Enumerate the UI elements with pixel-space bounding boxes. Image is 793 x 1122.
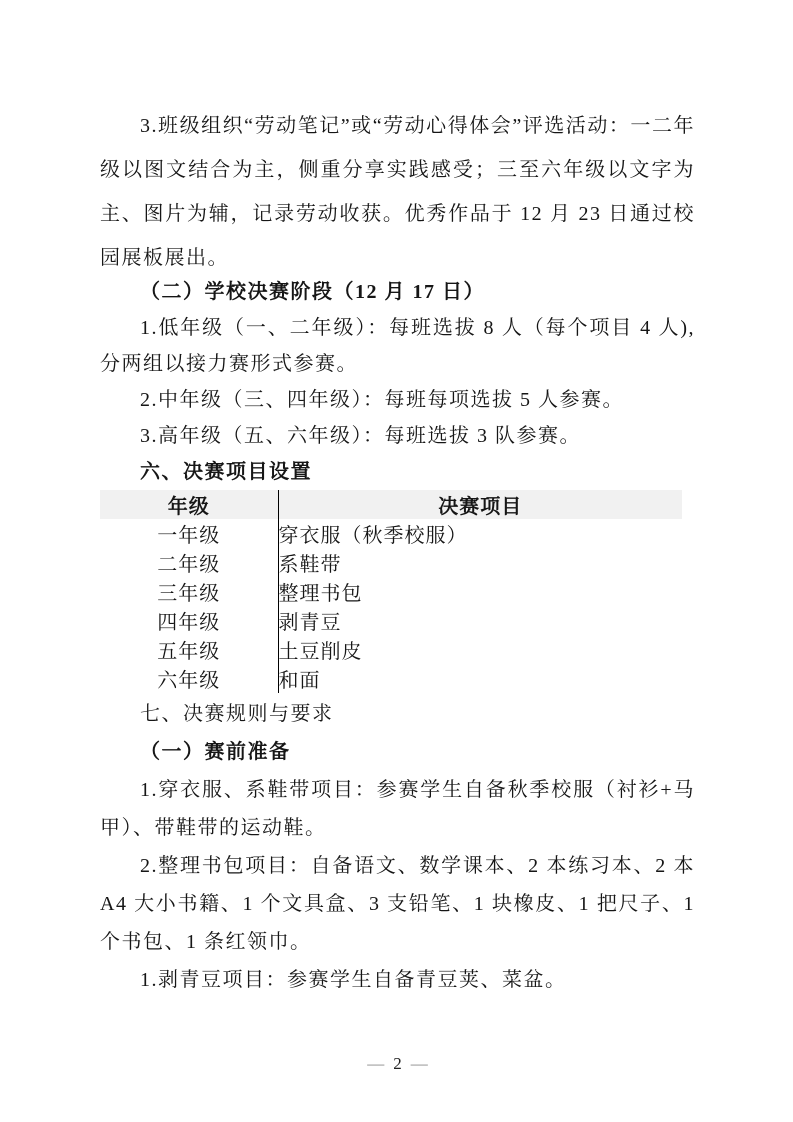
finals-projects-table: 年级 决赛项目 一年级 穿衣服（秋季校服） 二年级 系鞋带 三年级 整理书包 四… bbox=[100, 490, 682, 693]
grade-cell: 三年级 bbox=[100, 577, 278, 606]
paragraph-line: 3.班级组织“劳动笔记”或“劳动心得体会”评选活动：一二年 bbox=[100, 104, 695, 148]
heading-school-final-stage: （二）学校决赛阶段（12 月 17 日） bbox=[100, 274, 695, 310]
paragraph-notebook-activity: 3.班级组织“劳动笔记”或“劳动心得体会”评选活动：一二年 级以图文结合为主，侧… bbox=[100, 104, 695, 280]
section-rules: 七、决赛规则与要求 （一）赛前准备 1.穿衣服、系鞋带项目：参赛学生自备秋季校服… bbox=[100, 695, 695, 999]
table-row: 六年级 和面 bbox=[100, 664, 682, 693]
footer-right-dash: — bbox=[402, 1054, 437, 1073]
table-row: 二年级 系鞋带 bbox=[100, 548, 682, 577]
paragraph-line: 甲）、带鞋带的运动鞋。 bbox=[100, 809, 695, 847]
grade-cell: 二年级 bbox=[100, 548, 278, 577]
grade-cell: 五年级 bbox=[100, 635, 278, 664]
paragraph-line: 1.穿衣服、系鞋带项目：参赛学生自备秋季校服（衬衫+马 bbox=[100, 771, 695, 809]
heading-final-rules: 七、决赛规则与要求 bbox=[100, 695, 695, 733]
paragraph-line: 3.高年级（五、六年级）：每班选拔 3 队参赛。 bbox=[100, 418, 695, 454]
project-cell: 剥青豆 bbox=[278, 606, 682, 635]
grade-cell: 六年级 bbox=[100, 664, 278, 693]
paragraph-line: 2.中年级（三、四年级）：每班每项选拔 5 人参赛。 bbox=[100, 382, 695, 418]
project-cell: 和面 bbox=[278, 664, 682, 693]
heading-final-projects: 六、决赛项目设置 bbox=[100, 454, 695, 490]
header-cell-project: 决赛项目 bbox=[278, 490, 682, 519]
header-cell-grade: 年级 bbox=[100, 490, 278, 519]
paragraph-line: 1.低年级（一、二年级）：每班选拔 8 人（每个项目 4 人), bbox=[100, 310, 695, 346]
table-row: 一年级 穿衣服（秋季校服） bbox=[100, 519, 682, 548]
project-cell: 穿衣服（秋季校服） bbox=[278, 519, 682, 548]
paragraph-line: 分两组以接力赛形式参赛。 bbox=[100, 346, 695, 382]
grade-cell: 四年级 bbox=[100, 606, 278, 635]
table-row: 三年级 整理书包 bbox=[100, 577, 682, 606]
paragraph-line: 主、图片为辅，记录劳动收获。优秀作品于 12 月 23 日通过校 bbox=[100, 192, 695, 236]
paragraph-line: 个书包、1 条红领巾。 bbox=[100, 923, 695, 961]
project-cell: 整理书包 bbox=[278, 577, 682, 606]
footer-left-dash: — bbox=[358, 1054, 393, 1073]
paragraph-line: 1.剥青豆项目：参赛学生自备青豆荚、菜盆。 bbox=[100, 961, 695, 999]
paragraph-line: 级以图文结合为主，侧重分享实践感受；三至六年级以文字为 bbox=[100, 148, 695, 192]
paragraph-line: A4 大小书籍、1 个文具盒、3 支铅笔、1 块橡皮、1 把尺子、1 bbox=[100, 885, 695, 923]
page-footer: —2— bbox=[100, 1053, 695, 1075]
table-row: 五年级 土豆削皮 bbox=[100, 635, 682, 664]
document-page: 3.班级组织“劳动笔记”或“劳动心得体会”评选活动：一二年 级以图文结合为主，侧… bbox=[0, 0, 793, 1122]
section-final-stage: （二）学校决赛阶段（12 月 17 日） 1.低年级（一、二年级）：每班选拔 8… bbox=[100, 274, 695, 490]
page-number: 2 bbox=[393, 1054, 402, 1073]
project-cell: 系鞋带 bbox=[278, 548, 682, 577]
paragraph-line: 2.整理书包项目：自备语文、数学课本、2 本练习本、2 本 bbox=[100, 847, 695, 885]
heading-pre-competition: （一）赛前准备 bbox=[100, 733, 695, 771]
project-cell: 土豆削皮 bbox=[278, 635, 682, 664]
grade-cell: 一年级 bbox=[100, 519, 278, 548]
table-row: 四年级 剥青豆 bbox=[100, 606, 682, 635]
table-header-row: 年级 决赛项目 bbox=[100, 490, 682, 519]
